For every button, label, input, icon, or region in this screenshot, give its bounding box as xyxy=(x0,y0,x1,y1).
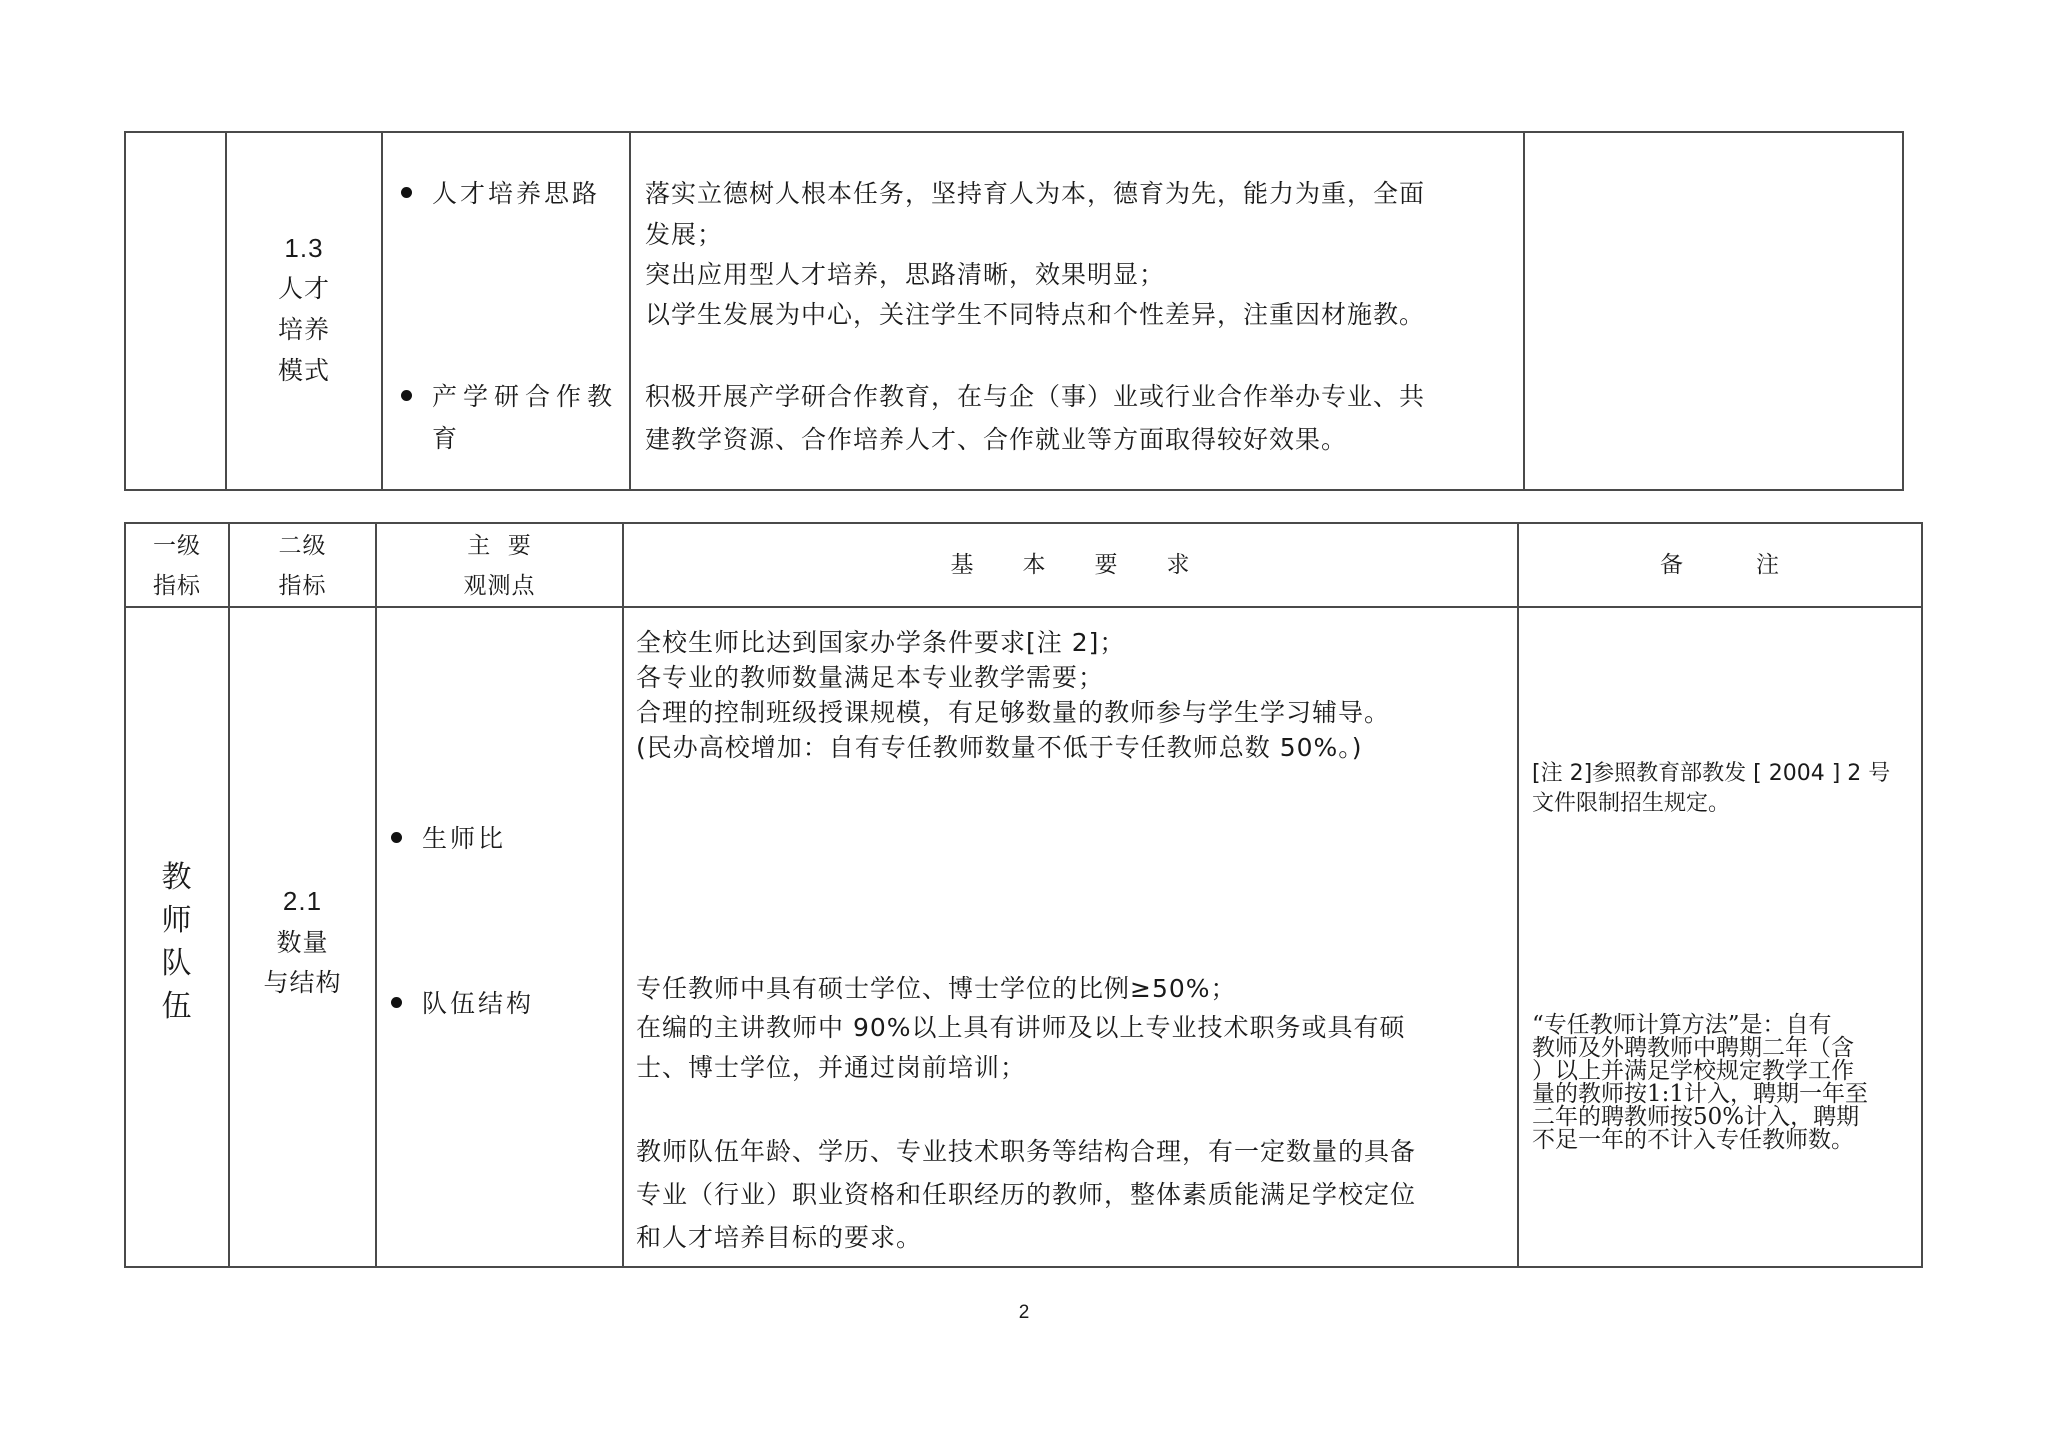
requirement-line: 教师队伍年龄、学历、专业技术职务等结构合理，有一定数量的具备 xyxy=(636,1131,1416,1173)
header-label-line: 指标 xyxy=(126,566,228,606)
table-talent-cultivation: 1.3 人才 培养 模式 人才培养思路 产学研合作教 育 落实立德树人根本任务，… xyxy=(124,131,1904,491)
requirement-line: 建教学资源、合作培养人才、合作就业等方面取得较好效果。 xyxy=(645,420,1347,460)
observation-label: 队伍结构 xyxy=(422,989,534,1018)
observation-item: 产学研合作教 xyxy=(401,377,618,417)
remarks-cell-empty xyxy=(1525,133,1902,489)
observation-item: 生师比 xyxy=(391,819,506,859)
requirement-line: 突出应用型人才培养，思路清晰，效果明显； xyxy=(645,255,1165,295)
requirement-line: 落实立德树人根本任务，坚持育人为本，德育为先，能力为重，全面 xyxy=(645,174,1425,214)
level2-label-line: 与结构 xyxy=(230,963,375,1003)
requirement-line: 各专业的教师数量满足本专业教学需要； xyxy=(636,661,1104,695)
level2-code: 2.1 xyxy=(230,881,375,921)
level1-cell-empty xyxy=(126,133,227,489)
requirement-line: 士、博士学位，并通过岗前培训； xyxy=(636,1048,1026,1088)
requirement-line: 在编的主讲教师中 90%以上具有讲师及以上专业技术职务或具有硕 xyxy=(636,1008,1406,1048)
header-label: 基 本 要 求 xyxy=(624,545,1517,585)
level1-label-char: 伍 xyxy=(126,985,228,1028)
remark-method-line: 量的教师按1:1计入，聘期一年至 xyxy=(1532,1083,1868,1106)
header-level1: 一级 指标 xyxy=(126,524,228,606)
level2-label-line: 培养 xyxy=(227,310,381,350)
requirement-line: 和人才培养目标的要求。 xyxy=(636,1217,922,1259)
table-teaching-staff: 一级 指标 二级 指标 主 要 观测点 基 本 要 求 备 注 教 师 队 伍 … xyxy=(124,522,1923,1268)
remark-method-line: 不足一年的不计入专任教师数。 xyxy=(1532,1129,1854,1152)
remark-method-line: 教师及外聘教师中聘期二年（含 xyxy=(1532,1037,1854,1060)
level1-label-char: 队 xyxy=(126,942,228,985)
requirement-line: 全校生师比达到国家办学条件要求[注 2]； xyxy=(636,626,1125,660)
header-label-line: 观测点 xyxy=(377,566,622,606)
header-remarks: 备 注 xyxy=(1519,524,1921,606)
header-label-line: 指标 xyxy=(230,566,375,606)
level2-label-line: 模式 xyxy=(227,351,381,391)
observation-label: 人才培养思路 xyxy=(432,179,600,208)
header-label: 备 注 xyxy=(1519,545,1921,585)
observation-cell: 人才培养思路 产学研合作教 育 xyxy=(383,133,629,489)
requirements-cell: 落实立德树人根本任务，坚持育人为本，德育为先，能力为重，全面 发展； 突出应用型… xyxy=(631,133,1523,489)
level2-label-line: 人才 xyxy=(227,269,381,309)
level1-label-char: 师 xyxy=(126,899,228,942)
header-label-line: 一级 xyxy=(126,526,228,566)
bullet-icon xyxy=(391,832,402,843)
header-label-line: 二级 xyxy=(230,526,375,566)
requirement-line: (民办高校增加：自有专任教师数量不低于专任教师总数 50%。) xyxy=(636,731,1363,765)
level1-label-char: 教 xyxy=(126,856,228,899)
header-observation: 主 要 观测点 xyxy=(377,524,622,606)
remark-method-line: 二年的聘教师按50%计入，聘期 xyxy=(1532,1106,1859,1129)
level2-label-line: 数量 xyxy=(230,923,375,963)
level2-indicator-cell: 2.1 数量 与结构 xyxy=(230,608,375,1266)
page-number: 2 xyxy=(1004,1300,1044,1326)
remark-method-line: ）以上并满足学校规定教学工作 xyxy=(1532,1060,1854,1083)
remark-note-line: 文件限制招生规定。 xyxy=(1532,789,1730,819)
remark-note-line: [注 2]参照教育部教发 [ 2004 ] 2 号 xyxy=(1532,759,1890,789)
bullet-icon xyxy=(401,187,412,198)
bullet-icon xyxy=(391,997,402,1008)
observation-cell: 生师比 队伍结构 xyxy=(377,608,622,1266)
requirement-line: 积极开展产学研合作教育，在与企（事）业或行业合作举办专业、共 xyxy=(645,377,1425,417)
observation-label: 产学研合作教 xyxy=(432,382,618,411)
requirements-cell: 全校生师比达到国家办学条件要求[注 2]； 各专业的教师数量满足本专业教学需要；… xyxy=(624,608,1517,1266)
requirement-line: 专业（行业）职业资格和任职经历的教师，整体素质能满足学校定位 xyxy=(636,1174,1416,1216)
observation-label: 生师比 xyxy=(422,824,506,853)
observation-label-wrap: 育 xyxy=(432,419,458,459)
requirement-line: 发展； xyxy=(645,215,723,255)
level2-indicator-cell: 1.3 人才 培养 模式 xyxy=(227,133,381,489)
header-requirements: 基 本 要 求 xyxy=(624,524,1517,606)
observation-item: 队伍结构 xyxy=(391,984,534,1024)
level2-code: 1.3 xyxy=(227,228,381,268)
requirement-line: 合理的控制班级授课规模，有足够数量的教师参与学生学习辅导。 xyxy=(636,696,1390,730)
observation-item: 人才培养思路 xyxy=(401,174,600,214)
header-level2: 二级 指标 xyxy=(230,524,375,606)
header-label-line: 主 要 xyxy=(377,526,622,566)
requirement-line: 专任教师中具有硕士学位、博士学位的比例≥50%； xyxy=(636,972,1237,1006)
remarks-cell: [注 2]参照教育部教发 [ 2004 ] 2 号 文件限制招生规定。 “专任教… xyxy=(1519,608,1921,1266)
bullet-icon xyxy=(401,390,412,401)
remark-method-line: “专任教师计算方法”是：自有 xyxy=(1532,1014,1832,1037)
level1-indicator-cell: 教 师 队 伍 xyxy=(126,608,228,1266)
requirement-line: 以学生发展为中心，关注学生不同特点和个性差异，注重因材施教。 xyxy=(645,295,1425,335)
